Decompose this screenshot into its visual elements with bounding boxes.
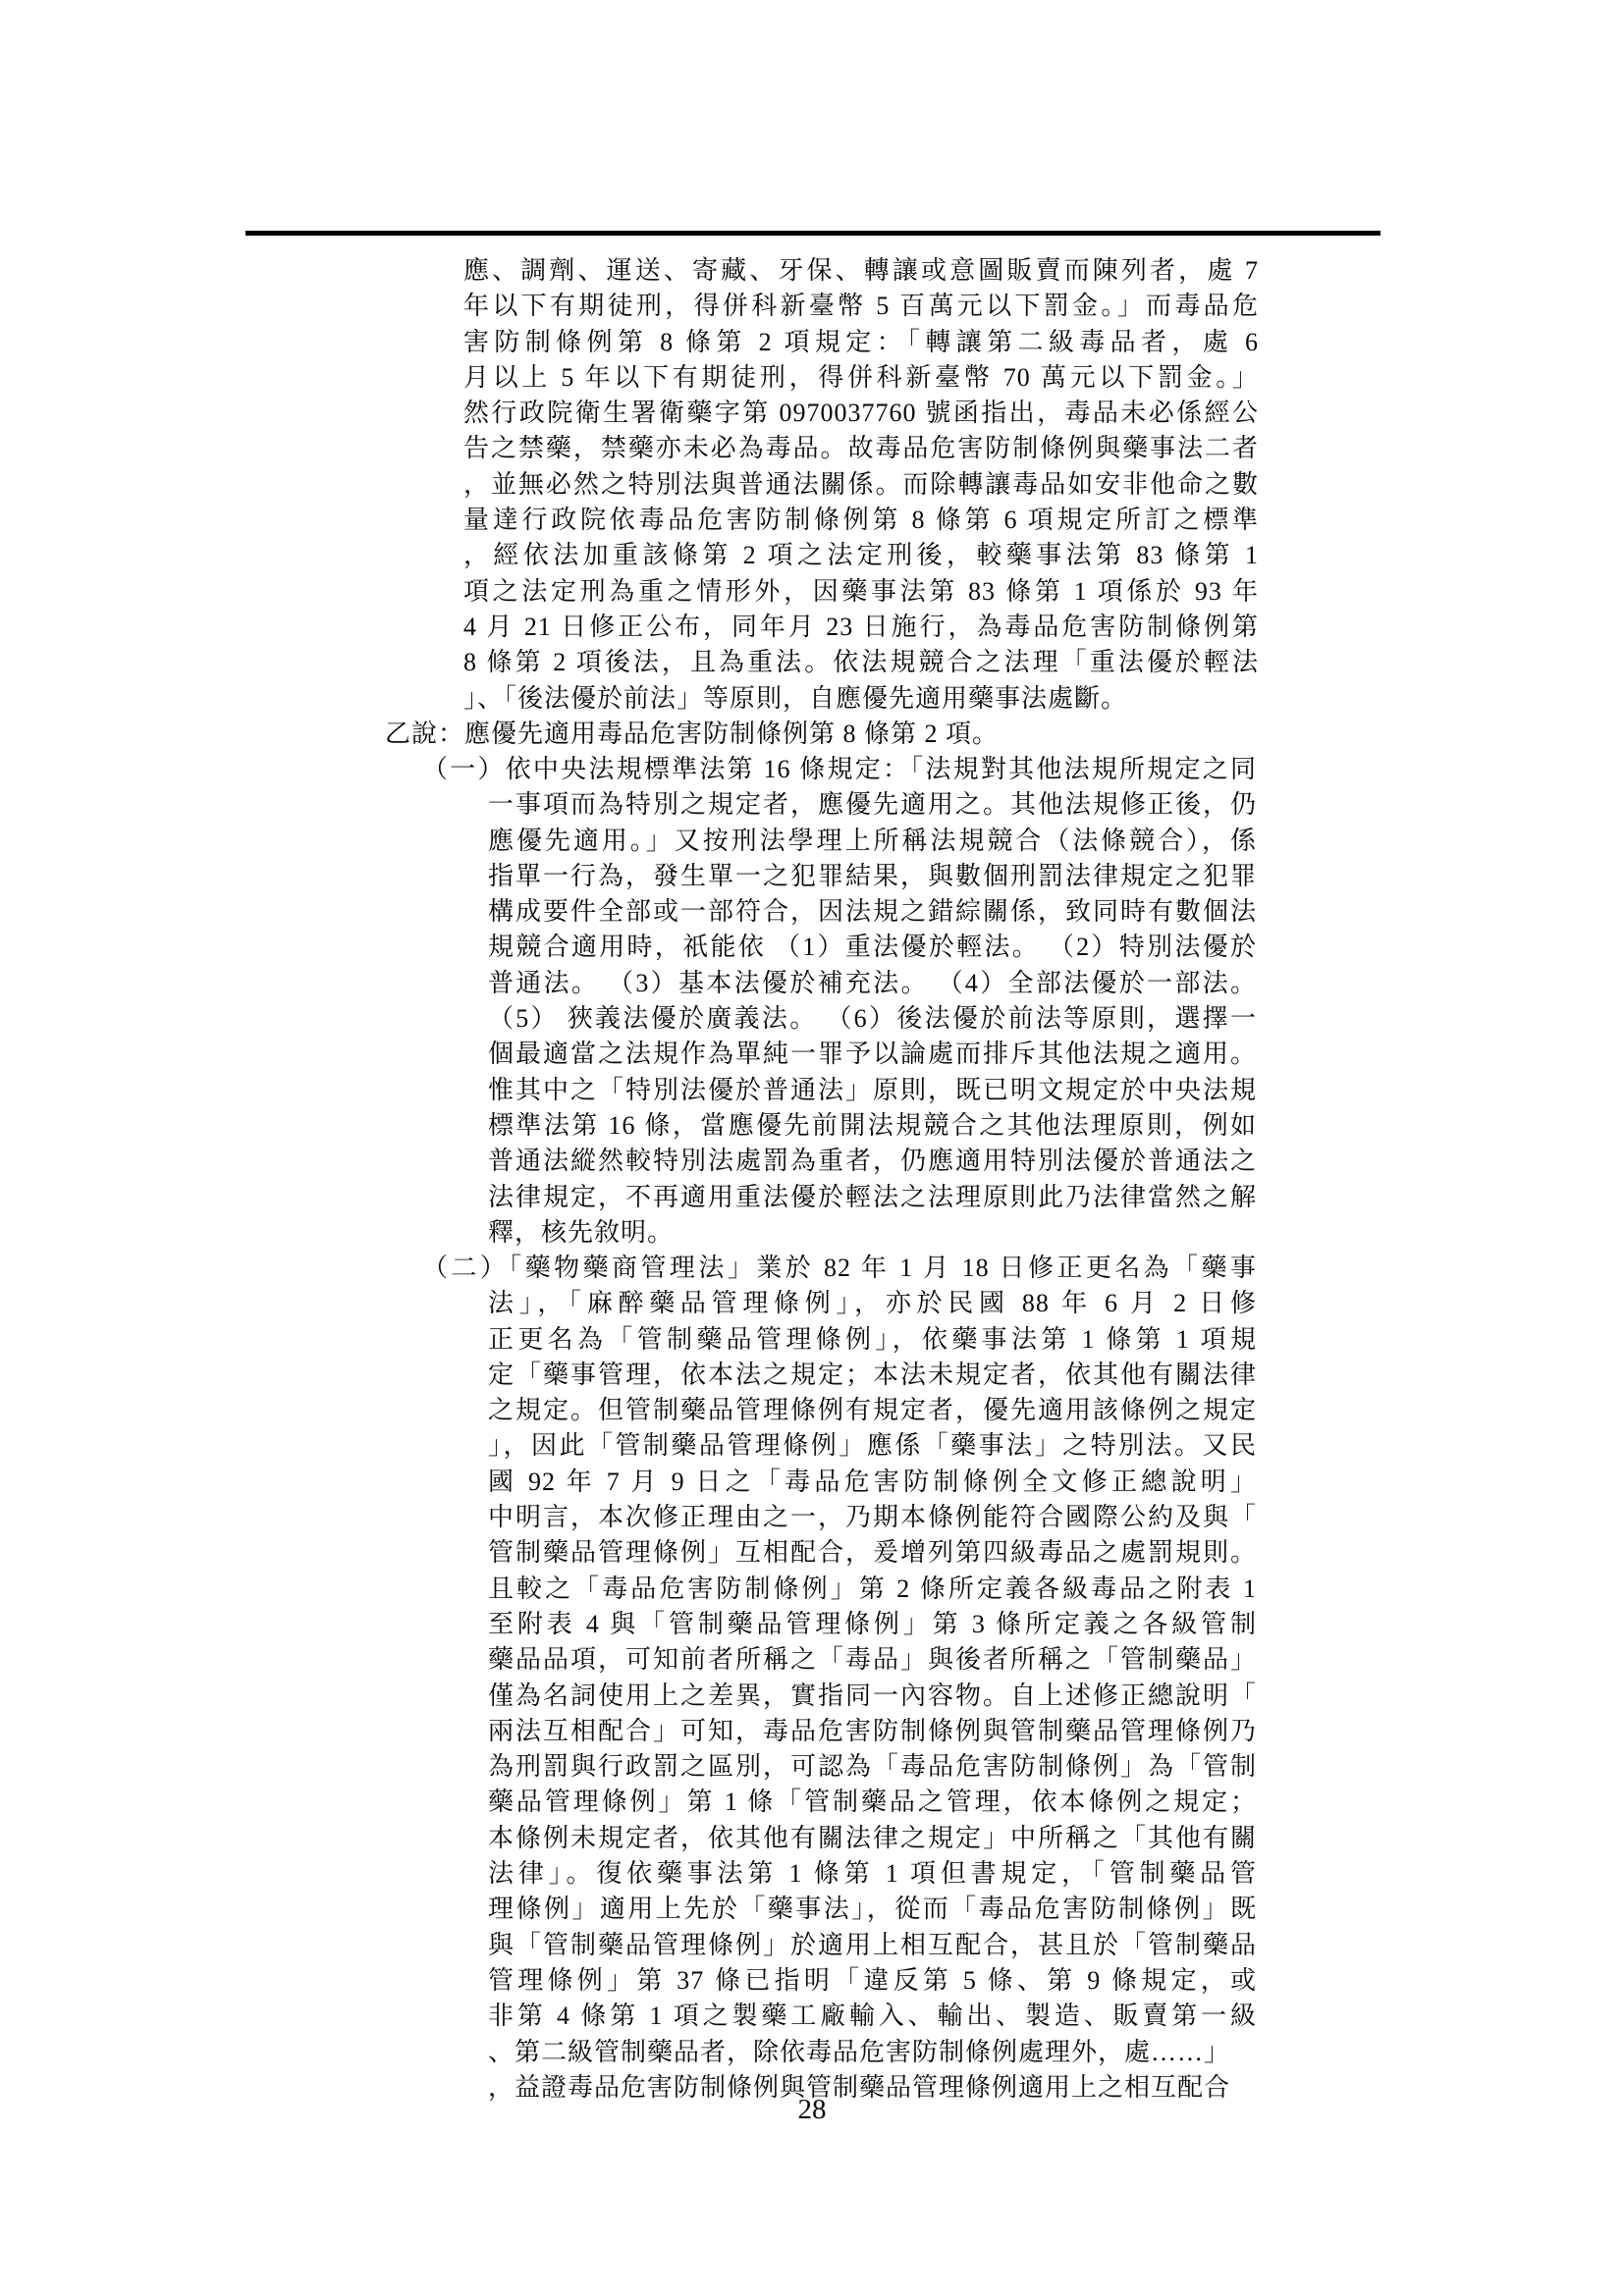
heading-yi-shuo: 乙說：應優先適用毒品危害防制條例第 8 條第 2 項。	[385, 717, 1288, 752]
item-two: （二）「藥物藥商管理法」業於 82 年 1 月 18 日修正更名為「藥事法」，「…	[422, 1251, 1259, 2106]
text-line: 一事項而為特別之規定者，應優先適用之。其他法規修正後，仍	[488, 787, 1257, 823]
text-line: 標準法第 16 條，當應優先前開法規競合之其他法理原則，例如	[488, 1108, 1257, 1144]
text-line: 本條例未規定者，依其他有關法律之規定」中所稱之「其他有關	[488, 1821, 1257, 1856]
text-line: 法律」。復依藥事法第 1 條第 1 項但書規定，「管制藥品管	[488, 1856, 1257, 1892]
text-line: 理條例」適用上先於「藥事法」，從而「毒品危害防制條例」既	[488, 1892, 1257, 1927]
text-line: 釋，核先敘明。	[488, 1215, 1257, 1251]
text-line: 告之禁藥，禁藥亦未必為毒品。故毒品危害防制條例與藥事法二者	[463, 431, 1259, 466]
text-line: 乙說：應優先適用毒品危害防制條例第 8 條第 2 項。	[385, 717, 1288, 752]
text-line: 為刑罰與行政罰之區別，可認為「毒品危害防制條例」為「管制	[488, 1749, 1257, 1785]
text-line: 正更名為「管制藥品管理條例」，依藥事法第 1 條第 1 項規	[488, 1322, 1257, 1358]
text-line: 藥品品項，可知前者所稱之「毒品」與後者所稱之「管制藥品」	[488, 1642, 1257, 1678]
text-line: 規競合適用時，祇能依 （1）重法優於輕法。 （2）特別法優於	[488, 930, 1257, 965]
text-line: 普通法縱然較特別法處罰為重者，仍應適用特別法優於普通法之	[488, 1144, 1257, 1179]
text-line: 且較之「毒品危害防制條例」第 2 條所定義各級毒品之附表 1	[488, 1572, 1257, 1607]
text-line: ，經依法加重該條第 2 項之法定刑後，較藥事法第 83 條第 1	[463, 538, 1259, 573]
text-line: （5） 狹義法優於廣義法。 （6）後法優於前法等原則，選擇一	[488, 1001, 1257, 1037]
text-line: 量達行政院依毒品危害防制條例第 8 條第 6 項規定所訂之標準	[463, 503, 1259, 538]
text-line: 月以上 5 年以下有期徒刑，得併科新臺幣 70 萬元以下罰金。」	[463, 360, 1259, 396]
text-line: 年以下有期徒刑，得併科新臺幣 5 百萬元以下罰金。」而毒品危	[463, 289, 1259, 324]
text-line: 兩法互相配合」可知，毒品危害防制條例與管制藥品管理條例乃	[488, 1714, 1257, 1749]
text-line: 定「藥事管理，依本法之規定；本法未規定者，依其他有關法律	[488, 1358, 1257, 1393]
text-line: ，並無必然之特別法與普通法關係。而除轉讓毒品如安非他命之數	[463, 467, 1259, 503]
text-line: （二）「藥物藥商管理法」業於 82 年 1 月 18 日修正更名為「藥事	[422, 1251, 1257, 1286]
text-line: 構成要件全部或一部符合，因法規之錯綜關係，致同時有數個法	[488, 894, 1257, 930]
text-line: 中明言，本次修正理由之一，乃期本條例能符合國際公約及與「	[488, 1500, 1257, 1535]
text-line: 項之法定刑為重之情形外，因藥事法第 83 條第 1 項係於 93 年	[463, 574, 1259, 610]
text-line: 應、調劑、運送、寄藏、牙保、轉讓或意圖販賣而陳列者，處 7	[463, 253, 1259, 289]
text-line: 與「管制藥品管理條例」於適用上相互配合，甚且於「管制藥品	[488, 1928, 1257, 1963]
text-line: 國 92 年 7 月 9 日之「毒品危害防制條例全文修正總說明」	[488, 1465, 1257, 1500]
text-line: （一）依中央法規標準法第 16 條規定：「法規對其他法規所規定之同	[422, 752, 1257, 787]
text-line: 管理條例」第 37 條已指明「違反第 5 條、第 9 條規定，或	[488, 1963, 1257, 1999]
text-line: 、第二級管制藥品者，除依毒品危害防制條例處理外，處……」	[488, 2035, 1257, 2070]
text-line: 然行政院衛生署衛藥字第 0970037760 號函指出，毒品未必係經公	[463, 396, 1259, 431]
text-line: 僅為名詞使用上之差異，實指同一內容物。自上述修正總說明「	[488, 1679, 1257, 1714]
document-page: 應、調劑、運送、寄藏、牙保、轉讓或意圖販賣而陳列者，處 7年以下有期徒刑，得併科…	[0, 0, 1624, 2296]
text-line: 」、「後法優於前法」等原則，自應優先適用藥事法處斷。	[463, 681, 1259, 717]
text-line: 法律規定，不再適用重法優於輕法之法理原則此乃法律當然之解	[488, 1180, 1257, 1215]
text-line: 非第 4 條第 1 項之製藥工廠輸入、輸出、製造、販賣第一級	[488, 1999, 1257, 2034]
text-line: 4 月 21 日修正公布，同年月 23 日施行，為毒品危害防制條例第	[463, 610, 1259, 645]
text-line: 管制藥品管理條例」互相配合，爰增列第四級毒品之處罰規則。	[488, 1535, 1257, 1571]
text-line: 藥品管理條例」第 1 條「管制藥品之管理，依本條例之規定；	[488, 1785, 1257, 1820]
text-line: 法」，「麻醉藥品管理條例」，亦於民國 88 年 6 月 2 日修	[488, 1286, 1257, 1321]
text-line: 8 條第 2 項後法，且為重法。依法規競合之法理「重法優於輕法	[463, 645, 1259, 680]
paragraph-jia-shuo-continuation: 應、調劑、運送、寄藏、牙保、轉讓或意圖販賣而陳列者，處 7年以下有期徒刑，得併科…	[463, 253, 1259, 717]
text-line: 指單一行為，發生單一之犯罪結果，與數個刑罰法律規定之犯罪	[488, 859, 1257, 894]
text-line: 至附表 4 與「管制藥品管理條例」第 3 條所定義之各級管制	[488, 1607, 1257, 1642]
text-line: 普通法。 （3）基本法優於補充法。 （4）全部法優於一部法。	[488, 966, 1257, 1001]
text-line: 個最適當之法規作為單純一罪予以論處而排斥其他法規之適用。	[488, 1037, 1257, 1072]
text-line: 惟其中之「特別法優於普通法」原則，既已明文規定於中央法規	[488, 1073, 1257, 1108]
text-line: 害防制條例第 8 條第 2 項規定：「轉讓第二級毒品者，處 6	[463, 325, 1259, 360]
text-line: 之規定。但管制藥品管理條例有規定者，優先適用該條例之規定	[488, 1393, 1257, 1428]
item-one: （一）依中央法規標準法第 16 條規定：「法規對其他法規所規定之同一事項而為特別…	[422, 752, 1259, 1251]
text-line: 」，因此「管制藥品管理條例」應係「藥事法」之特別法。又民	[488, 1428, 1257, 1464]
header-rule	[245, 231, 1380, 236]
page-number: 28	[0, 2093, 1624, 2126]
text-line: 應優先適用。」又按刑法學理上所稱法規競合（法條競合），係	[488, 824, 1257, 859]
